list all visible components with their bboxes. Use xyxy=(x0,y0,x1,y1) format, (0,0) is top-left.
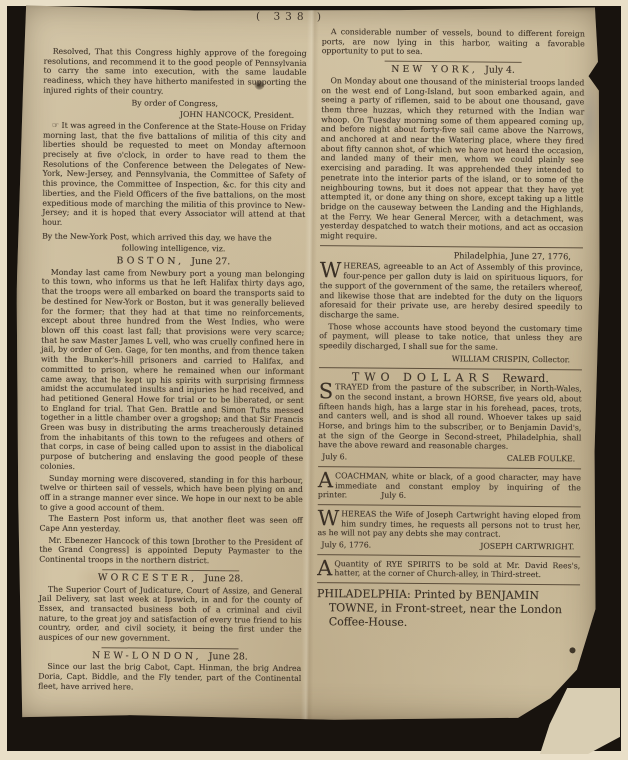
worcester-heading: WORCESTER,June 28. xyxy=(39,573,302,585)
coachman-text: COACHMAN, white or black, of a good char… xyxy=(318,471,581,500)
strayed-text: TRAYED from the pasture of the subscribe… xyxy=(318,382,582,451)
cartwright-notice: WHEREAS the Wife of Joseph Cartwright ha… xyxy=(317,509,580,540)
left-column: Resolved, That this Congress highly appr… xyxy=(38,47,307,696)
coachman-dropcap: A xyxy=(318,471,335,489)
newspaper-scan: { "page_number": "( 338 )", "left": { "r… xyxy=(0,0,628,760)
boston-paragraph-4: Mr. Ebenezer Hancock of this town [broth… xyxy=(39,535,302,566)
worcester-paragraph: The Superior Court of Judicature, Court … xyxy=(39,584,302,645)
cartwright-signature: JOSEPH CARTWRIGHT. xyxy=(480,542,574,553)
boston-date: June 27. xyxy=(191,256,230,267)
page-number: ( 338 ) xyxy=(19,8,563,25)
right-column: A considerable number of vessels, bound … xyxy=(317,27,585,633)
newyork-paragraph: On Monday about one thousand of the mini… xyxy=(320,76,584,243)
worcester-city: WORCESTER, xyxy=(98,572,197,584)
strayed-signature-line: July 6. CALEB FOULKE. xyxy=(318,452,581,464)
section-rule xyxy=(317,554,580,557)
conference-notice: ☞ It was agreed in the Conference at the… xyxy=(42,121,306,230)
hancock-signature: JOHN HANCOCK, President. xyxy=(43,109,306,121)
reward-heading-rest: Reward. xyxy=(502,371,549,384)
newspaper-page: ( 338 ) Resolved, That this Congress hig… xyxy=(13,2,603,723)
boston-heading: BOSTON,June 27. xyxy=(42,256,305,268)
crispin-text: HEREAS, agreeable to an Act of Assembly … xyxy=(319,262,582,320)
cartwright-text: HEREAS the Wife of Joseph Cartwright hav… xyxy=(317,509,580,539)
coachman-ad: ACOACHMAN, white or black, of a good cha… xyxy=(318,471,581,502)
section-rule xyxy=(320,245,583,248)
boston-paragraph-2: Sunday morning were discovered, standing… xyxy=(40,473,303,514)
boston-paragraph-3: The Eastern Post inform us, that another… xyxy=(40,514,303,536)
congress-resolution: Resolved, That this Congress highly appr… xyxy=(43,47,306,98)
newlondon-heading: NEW-LONDON,June 28. xyxy=(38,650,301,662)
newyork-city: NEW YORK, xyxy=(391,64,478,76)
section-rule xyxy=(318,466,581,469)
crispin-signature: WILLIAM CRISPIN, Collector. xyxy=(319,353,582,365)
cartwright-date: July 6, 1776. xyxy=(321,540,371,550)
cartwright-dropcap: W xyxy=(318,509,342,527)
boston-city: BOSTON, xyxy=(116,255,184,267)
strayed-horse-ad: STRAYED from the pasture of the subscrib… xyxy=(318,382,582,452)
newlondon-date: June 28. xyxy=(209,651,248,662)
coachman-date: July 6. xyxy=(381,491,406,500)
ink-speck xyxy=(569,647,575,653)
vessels-paragraph: A considerable number of vessels, bound … xyxy=(322,27,585,58)
strayed-date: July 6. xyxy=(322,452,347,462)
section-rule xyxy=(317,582,580,585)
nypost-intro-line2: following intelligence, viz. xyxy=(42,243,305,255)
worcester-date: June 28. xyxy=(204,573,243,584)
strayed-signature: CALEB FOULKE. xyxy=(507,454,575,464)
section-divider xyxy=(385,61,522,63)
crispin-notice: WHEREAS, agreeable to an Act of Assembly… xyxy=(319,262,582,323)
by-order-line: By order of Congress, xyxy=(43,97,306,109)
rye-spirits-ad: AQuantity of RYE SPIRITS to be sold at M… xyxy=(317,559,580,581)
section-divider xyxy=(102,569,239,571)
nypost-intro-line1: By the New-York Post, which arrived this… xyxy=(42,231,305,243)
crispin-dropcap: W xyxy=(320,262,344,280)
newyork-heading: NEW YORK,July 4. xyxy=(322,64,585,76)
rye-text: Quantity of RYE SPIRITS to be sold at Mr… xyxy=(334,559,580,580)
newyork-date: July 4. xyxy=(485,65,515,76)
printer-imprint: PHILADELPHIA: Printed by BENJAMIN TOWNE,… xyxy=(317,587,580,631)
section-rule xyxy=(319,367,582,370)
boston-paragraph-1: Monday last came from Newbury port a you… xyxy=(40,267,305,473)
crispin-paragraph-2: Those whose accounts have stood beyond t… xyxy=(319,322,582,353)
strayed-dropcap: S xyxy=(319,382,336,400)
newlondon-city: NEW-LONDON, xyxy=(92,650,202,662)
crispin-dateline: Philadelphia, June 27, 1776, xyxy=(320,250,583,262)
rye-dropcap: A xyxy=(317,559,334,577)
cartwright-signature-line: July 6, 1776. JOSEPH CARTWRIGHT. xyxy=(317,540,580,552)
section-divider xyxy=(102,647,239,649)
section-rule xyxy=(318,504,581,507)
newlondon-paragraph: Since our last the brig Cabot, Capt. Hin… xyxy=(38,662,301,693)
